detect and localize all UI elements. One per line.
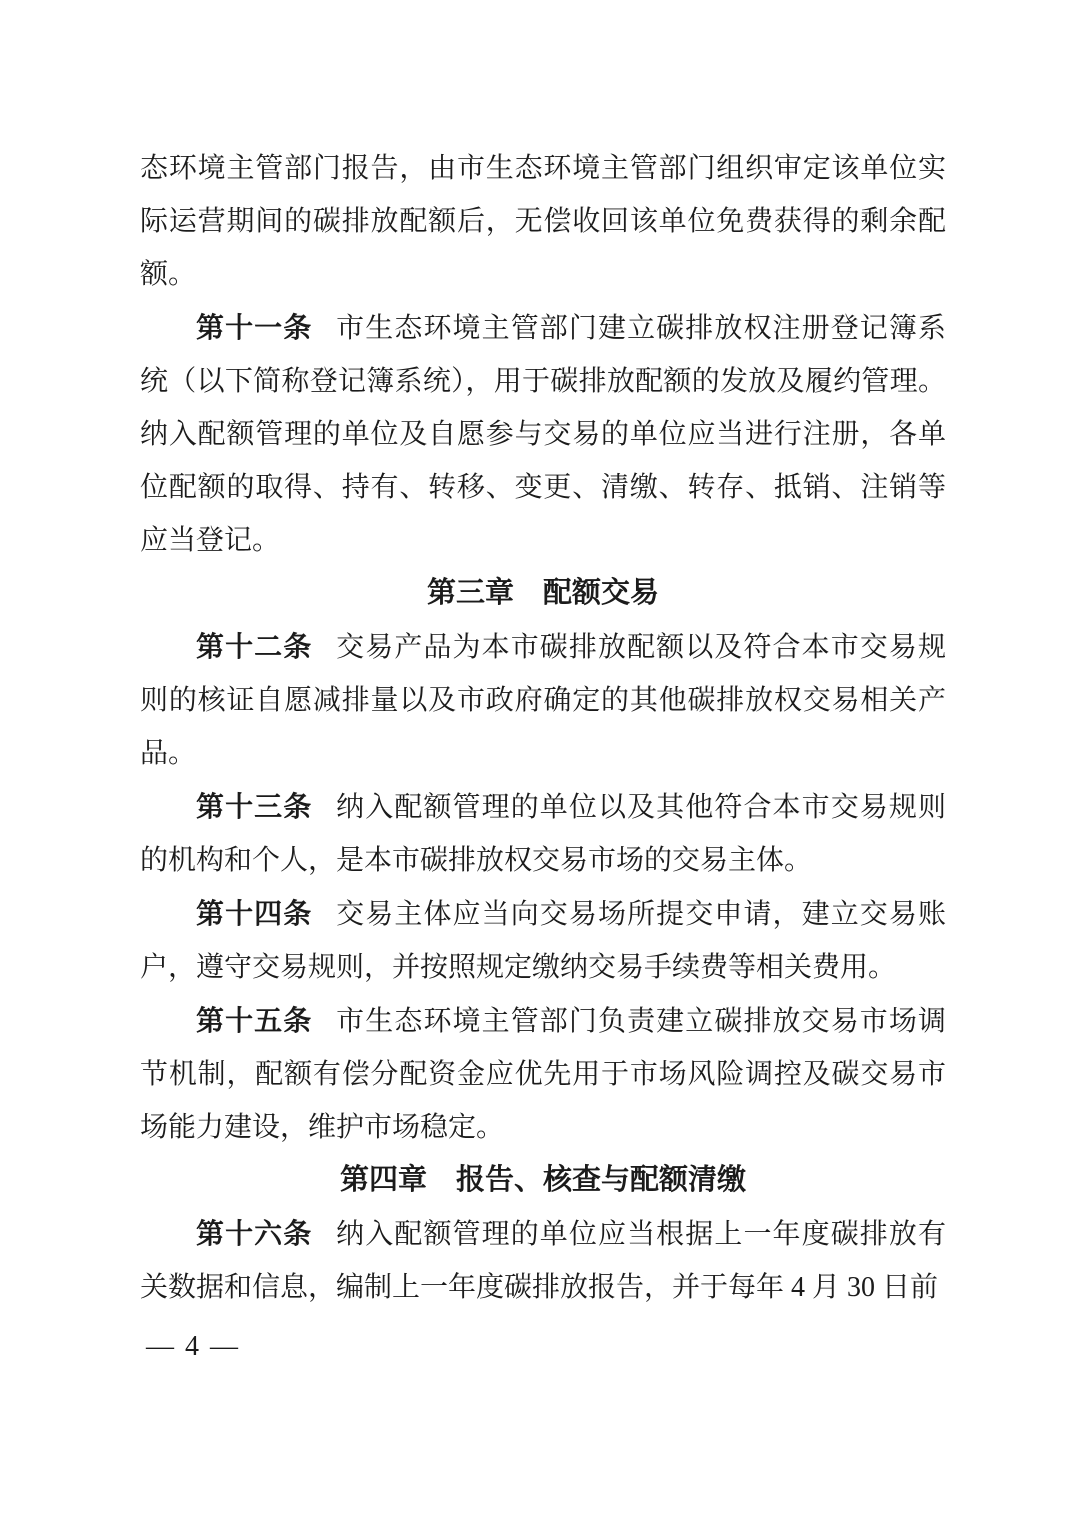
article-14-number: 第十四条 xyxy=(196,898,312,929)
article-13: 第十三条纳入配额管理的单位以及其他符合本市交易规则的机构和个人，是本市碳排放权交… xyxy=(140,780,946,887)
document-body: 态环境主管部门报告，由市生态环境主管部门组织审定该单位实际运营期间的碳排放配额后… xyxy=(140,142,946,1314)
article-11-number: 第十一条 xyxy=(196,312,312,343)
article-15: 第十五条市生态环境主管部门负责建立碳排放交易市场调节机制，配额有偿分配资金应优先… xyxy=(140,994,946,1154)
paragraph-continuation: 态环境主管部门报告，由市生态环境主管部门组织审定该单位实际运营期间的碳排放配额后… xyxy=(140,142,946,301)
chapter-4-heading: 第四章报告、核查与配额清缴 xyxy=(140,1154,946,1207)
article-12-number: 第十二条 xyxy=(196,631,312,662)
chapter-4-number: 第四章 xyxy=(340,1164,427,1196)
page-number: — 4 — xyxy=(146,1331,240,1363)
article-15-number: 第十五条 xyxy=(196,1005,312,1036)
document-page: 态环境主管部门报告，由市生态环境主管部门组织审定该单位实际运营期间的碳排放配额后… xyxy=(0,0,1080,1527)
chapter-3-number: 第三章 xyxy=(427,577,514,609)
article-16: 第十六条纳入配额管理的单位应当根据上一年度碳排放有关数据和信息，编制上一年度碳排… xyxy=(140,1207,946,1314)
article-14: 第十四条交易主体应当向交易场所提交申请，建立交易账户，遵守交易规则，并按照规定缴… xyxy=(140,887,946,994)
article-13-number: 第十三条 xyxy=(196,791,312,822)
chapter-3-title: 配额交易 xyxy=(543,577,659,609)
article-16-number: 第十六条 xyxy=(196,1218,312,1249)
article-11: 第十一条市生态环境主管部门建立碳排放权注册登记簿系统（以下简称登记簿系统），用于… xyxy=(140,301,946,567)
chapter-4-title: 报告、核查与配额清缴 xyxy=(456,1164,746,1196)
chapter-3-heading: 第三章配额交易 xyxy=(140,567,946,620)
article-11-text: 市生态环境主管部门建立碳排放权注册登记簿系统（以下简称登记簿系统），用于碳排放配… xyxy=(140,313,946,556)
article-12: 第十二条交易产品为本市碳排放配额以及符合本市交易规则的核证自愿减排量以及市政府确… xyxy=(140,620,946,780)
